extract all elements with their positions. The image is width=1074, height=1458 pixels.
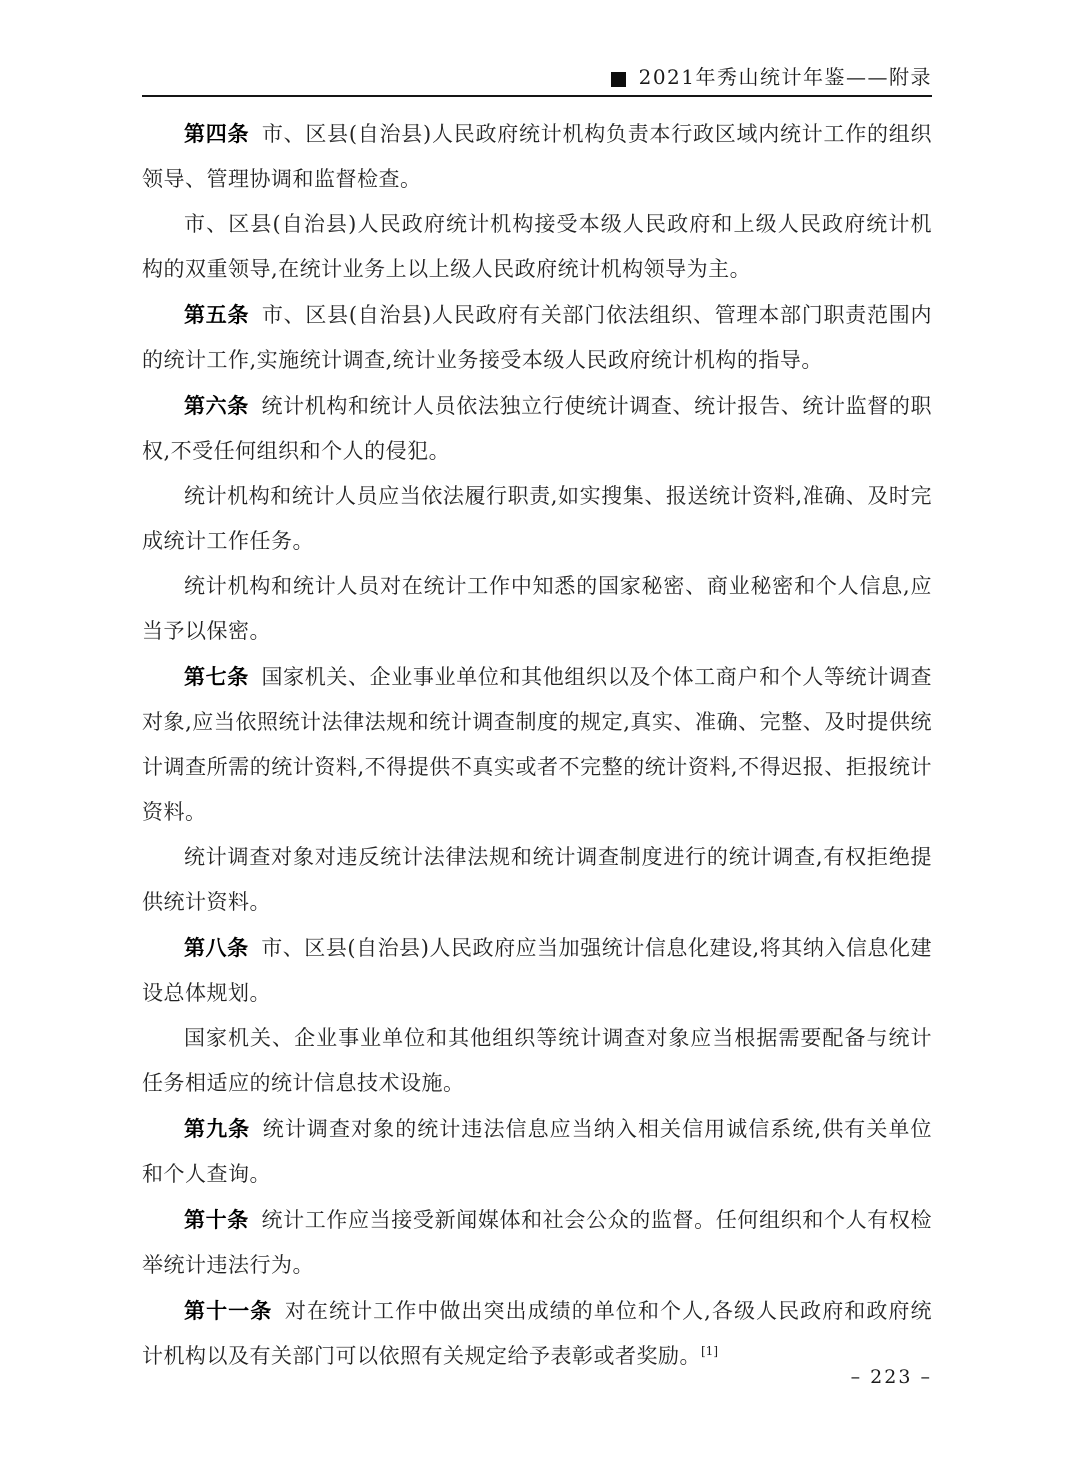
body-paragraph: 统计调查对象对违反统计法律法规和统计调查制度进行的统计调查,有权拒绝提供统计资料… xyxy=(142,835,932,925)
article-paragraph: 第十条统计工作应当接受新闻媒体和社会公众的监督。任何组织和个人有权检举统计违法行… xyxy=(142,1197,932,1288)
body-paragraph: 国家机关、企业事业单位和其他组织等统计调查对象应当根据需要配备与统计任务相适应的… xyxy=(142,1016,932,1106)
paragraph-text: 统计机构和统计人员对在统计工作中知悉的国家秘密、商业秘密和个人信息,应当予以保密… xyxy=(142,574,932,643)
article-paragraph: 第六条统计机构和统计人员依法独立行使统计调查、统计报告、统计监督的职权,不受任何… xyxy=(142,383,932,474)
article-paragraph: 第四条市、区县(自治县)人民政府统计机构负责本行政区域内统计工作的组织领导、管理… xyxy=(142,111,932,202)
document-body: 第四条市、区县(自治县)人民政府统计机构负责本行政区域内统计工作的组织领导、管理… xyxy=(142,97,932,1379)
page-header: 2021年秀山统计年鉴——附录 xyxy=(142,0,932,97)
article-number: 第十条 xyxy=(184,1207,249,1232)
article-paragraph: 第五条市、区县(自治县)人民政府有关部门依法组织、管理本部门职责范围内的统计工作… xyxy=(142,292,932,383)
article-number: 第八条 xyxy=(184,935,249,960)
article-number: 第四条 xyxy=(184,121,249,146)
article-number: 第七条 xyxy=(184,664,249,689)
paragraph-text: 市、区县(自治县)人民政府有关部门依法组织、管理本部门职责范围内的统计工作,实施… xyxy=(142,303,932,372)
paragraph-text: 统计调查对象的统计违法信息应当纳入相关信用诚信系统,供有关单位和个人查询。 xyxy=(142,1117,932,1186)
article-number: 第五条 xyxy=(184,302,249,327)
article-paragraph: 第八条市、区县(自治县)人民政府应当加强统计信息化建设,将其纳入信息化建设总体规… xyxy=(142,925,932,1016)
paragraph-text: 国家机关、企业事业单位和其他组织以及个体工商户和个人等统计调查对象,应当依照统计… xyxy=(142,665,932,824)
body-paragraph: 统计机构和统计人员应当依法履行职责,如实搜集、报送统计资料,准确、及时完成统计工… xyxy=(142,474,932,564)
paragraph-text: 统计调查对象对违反统计法律法规和统计调查制度进行的统计调查,有权拒绝提供统计资料… xyxy=(142,845,932,914)
article-paragraph: 第七条国家机关、企业事业单位和其他组织以及个体工商户和个人等统计调查对象,应当依… xyxy=(142,654,932,835)
paragraph-text: 统计机构和统计人员依法独立行使统计调查、统计报告、统计监督的职权,不受任何组织和… xyxy=(142,394,932,463)
header-title: 2021年秀山统计年鉴——附录 xyxy=(639,61,932,90)
article-number: 第六条 xyxy=(184,393,249,418)
paragraph-text: 统计工作应当接受新闻媒体和社会公众的监督。任何组织和个人有权检举统计违法行为。 xyxy=(142,1208,932,1277)
article-number: 第九条 xyxy=(184,1116,250,1141)
paragraph-text: 统计机构和统计人员应当依法履行职责,如实搜集、报送统计资料,准确、及时完成统计工… xyxy=(142,484,932,553)
paragraph-text: 国家机关、企业事业单位和其他组织等统计调查对象应当根据需要配备与统计任务相适应的… xyxy=(142,1026,932,1095)
paragraph-text: 市、区县(自治县)人民政府统计机构负责本行政区域内统计工作的组织领导、管理协调和… xyxy=(142,122,932,191)
page-footer: – 223 – xyxy=(851,1366,932,1388)
footnote-ref: [1] xyxy=(701,1344,718,1358)
article-paragraph: 第九条统计调查对象的统计违法信息应当纳入相关信用诚信系统,供有关单位和个人查询。 xyxy=(142,1106,932,1197)
page-number: – 223 – xyxy=(851,1366,932,1388)
body-paragraph: 市、区县(自治县)人民政府统计机构接受本级人民政府和上级人民政府统计机构的双重领… xyxy=(142,202,932,292)
document-page: 2021年秀山统计年鉴——附录 第四条市、区县(自治县)人民政府统计机构负责本行… xyxy=(0,0,1074,1458)
paragraph-text: 市、区县(自治县)人民政府应当加强统计信息化建设,将其纳入信息化建设总体规划。 xyxy=(142,936,932,1005)
header-square-icon xyxy=(611,72,626,87)
paragraph-text: 市、区县(自治县)人民政府统计机构接受本级人民政府和上级人民政府统计机构的双重领… xyxy=(142,212,932,281)
article-number: 第十一条 xyxy=(184,1298,272,1323)
body-paragraph: 统计机构和统计人员对在统计工作中知悉的国家秘密、商业秘密和个人信息,应当予以保密… xyxy=(142,564,932,654)
article-paragraph: 第十一条对在统计工作中做出突出成绩的单位和个人,各级人民政府和政府统计机构以及有… xyxy=(142,1288,932,1379)
